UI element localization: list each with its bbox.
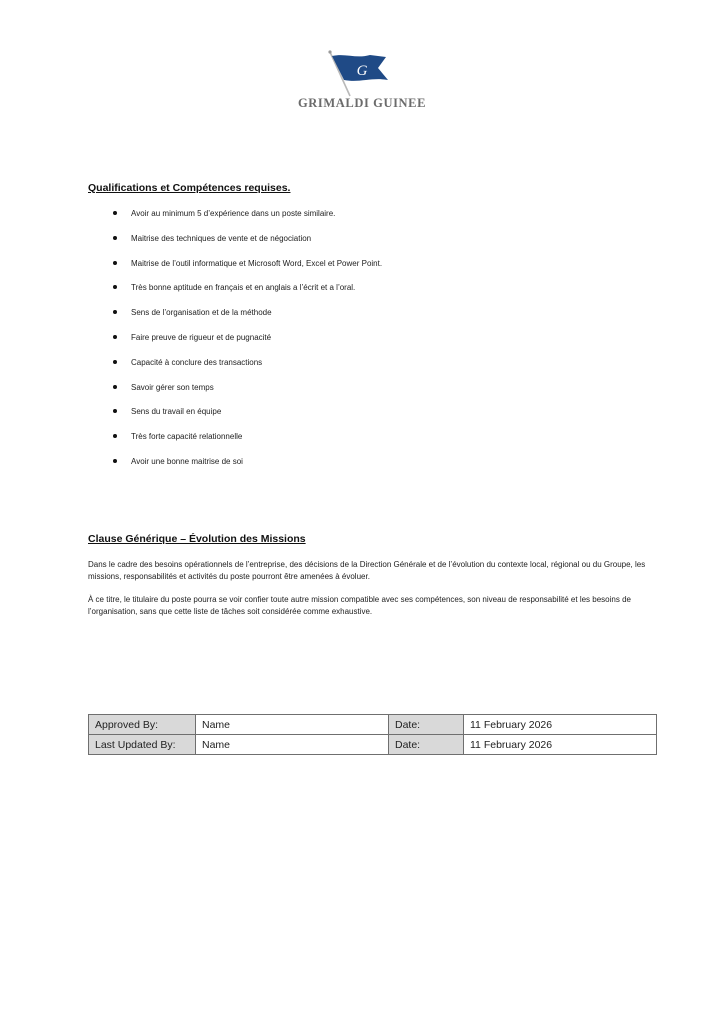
signoff-table: Approved By: Name Date: 11 February 2026… xyxy=(88,714,657,755)
last-updated-date: 11 February 2026 xyxy=(464,735,657,755)
company-name: GRIMALDI GUINEE xyxy=(286,96,438,111)
list-item: Faire preuve de rigueur et de pugnacité xyxy=(88,332,382,357)
qualifications-heading: Qualifications et Compétences requises. xyxy=(88,182,290,194)
table-row: Approved By: Name Date: 11 February 2026 xyxy=(89,715,657,735)
bullet-icon xyxy=(113,285,117,289)
date-label: Date: xyxy=(389,735,464,755)
list-item: Très bonne aptitude en français et en an… xyxy=(88,282,382,307)
company-logo: G GRIMALDI GUINEE xyxy=(286,50,438,116)
clause-heading: Clause Générique – Évolution des Mission… xyxy=(88,533,306,545)
bullet-icon xyxy=(113,310,117,314)
list-item: Avoir au minimum 5 d’expérience dans un … xyxy=(88,208,382,233)
list-item: Avoir une bonne maitrise de soi xyxy=(88,456,382,481)
list-item: Sens de l’organisation et de la méthode xyxy=(88,307,382,332)
last-updated-by-name: Name xyxy=(196,735,389,755)
list-item: Sens du travail en équipe xyxy=(88,406,382,431)
bullet-icon xyxy=(113,211,117,215)
bullet-icon xyxy=(113,459,117,463)
bullet-icon xyxy=(113,409,117,413)
bullet-icon xyxy=(113,335,117,339)
flag-icon: G xyxy=(326,50,398,98)
clause-paragraph: À ce titre, le titulaire du poste pourra… xyxy=(88,594,668,618)
bullet-icon xyxy=(113,360,117,364)
bullet-icon xyxy=(113,236,117,240)
last-updated-by-label: Last Updated By: xyxy=(89,735,196,755)
list-item: Maitrise des techniques de vente et de n… xyxy=(88,233,382,258)
bullet-icon xyxy=(113,434,117,438)
approved-by-label: Approved By: xyxy=(89,715,196,735)
table-row: Last Updated By: Name Date: 11 February … xyxy=(89,735,657,755)
svg-text:G: G xyxy=(357,63,368,79)
list-item: Très forte capacité relationnelle xyxy=(88,431,382,456)
list-item: Maitrise de l’outil informatique et Micr… xyxy=(88,258,382,283)
bullet-icon xyxy=(113,385,117,389)
list-item: Savoir gérer son temps xyxy=(88,382,382,407)
approved-date: 11 February 2026 xyxy=(464,715,657,735)
date-label: Date: xyxy=(389,715,464,735)
clause-paragraph: Dans le cadre des besoins opérationnels … xyxy=(88,559,668,583)
list-item: Capacité à conclure des transactions xyxy=(88,357,382,382)
bullet-icon xyxy=(113,261,117,265)
qualifications-list: Avoir au minimum 5 d’expérience dans un … xyxy=(88,208,382,481)
approved-by-name: Name xyxy=(196,715,389,735)
